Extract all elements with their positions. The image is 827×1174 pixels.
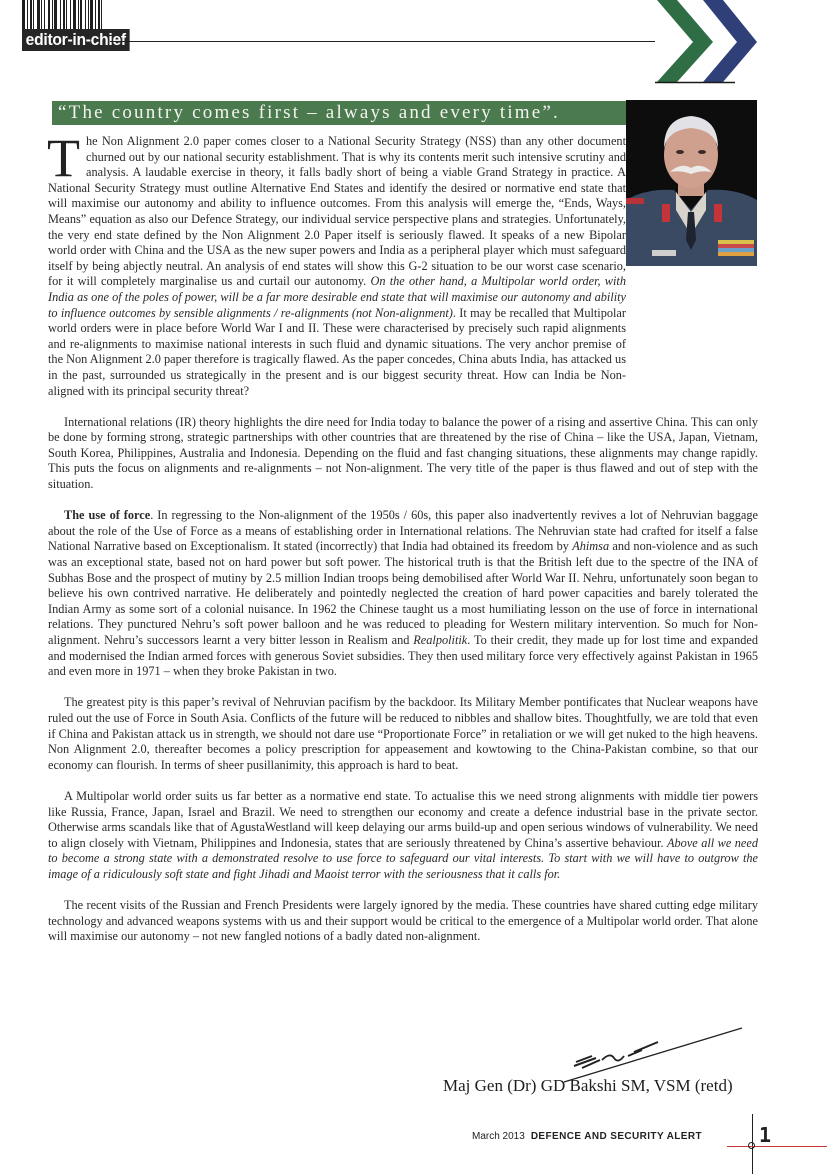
author-byline: Maj Gen (Dr) GD Bakshi SM, VSM (retd) <box>443 1076 733 1096</box>
magazine-title: DEFENCE AND SECURITY ALERT <box>531 1131 702 1142</box>
article-body: The Non Alignment 2.0 paper comes closer… <box>48 134 758 960</box>
barcode-graphic <box>22 0 110 30</box>
crop-mark-horizontal <box>727 1146 827 1147</box>
signature-graphic <box>562 1022 752 1084</box>
paragraph-3: The use of force. In regressing to the N… <box>48 508 758 680</box>
subheading-use-of-force: The use of force <box>64 508 150 522</box>
paragraph-2: International relations (IR) theory high… <box>48 415 758 493</box>
paragraph-1-text: he Non Alignment 2.0 paper comes closer … <box>48 134 626 399</box>
paragraph-5: A Multipolar world order suits us far be… <box>48 789 758 883</box>
chevron-arrows-icon <box>655 0 765 85</box>
section-label: editor-in-chief <box>22 29 129 51</box>
page-number: 1 <box>759 1123 771 1147</box>
registration-mark-icon <box>748 1142 755 1149</box>
pull-quote-banner: “The country comes first – always and ev… <box>52 101 628 125</box>
page-footer: March 2013DEFENCE AND SECURITY ALERT <box>472 1131 702 1142</box>
drop-cap: T <box>47 137 80 179</box>
header-rule <box>110 41 655 42</box>
paragraph-6: The recent visits of the Russian and Fre… <box>48 898 758 945</box>
paragraph-1: The Non Alignment 2.0 paper comes closer… <box>48 134 758 399</box>
paragraph-4: The greatest pity is this paper’s reviva… <box>48 695 758 773</box>
issue-date: March 2013 <box>472 1131 525 1142</box>
